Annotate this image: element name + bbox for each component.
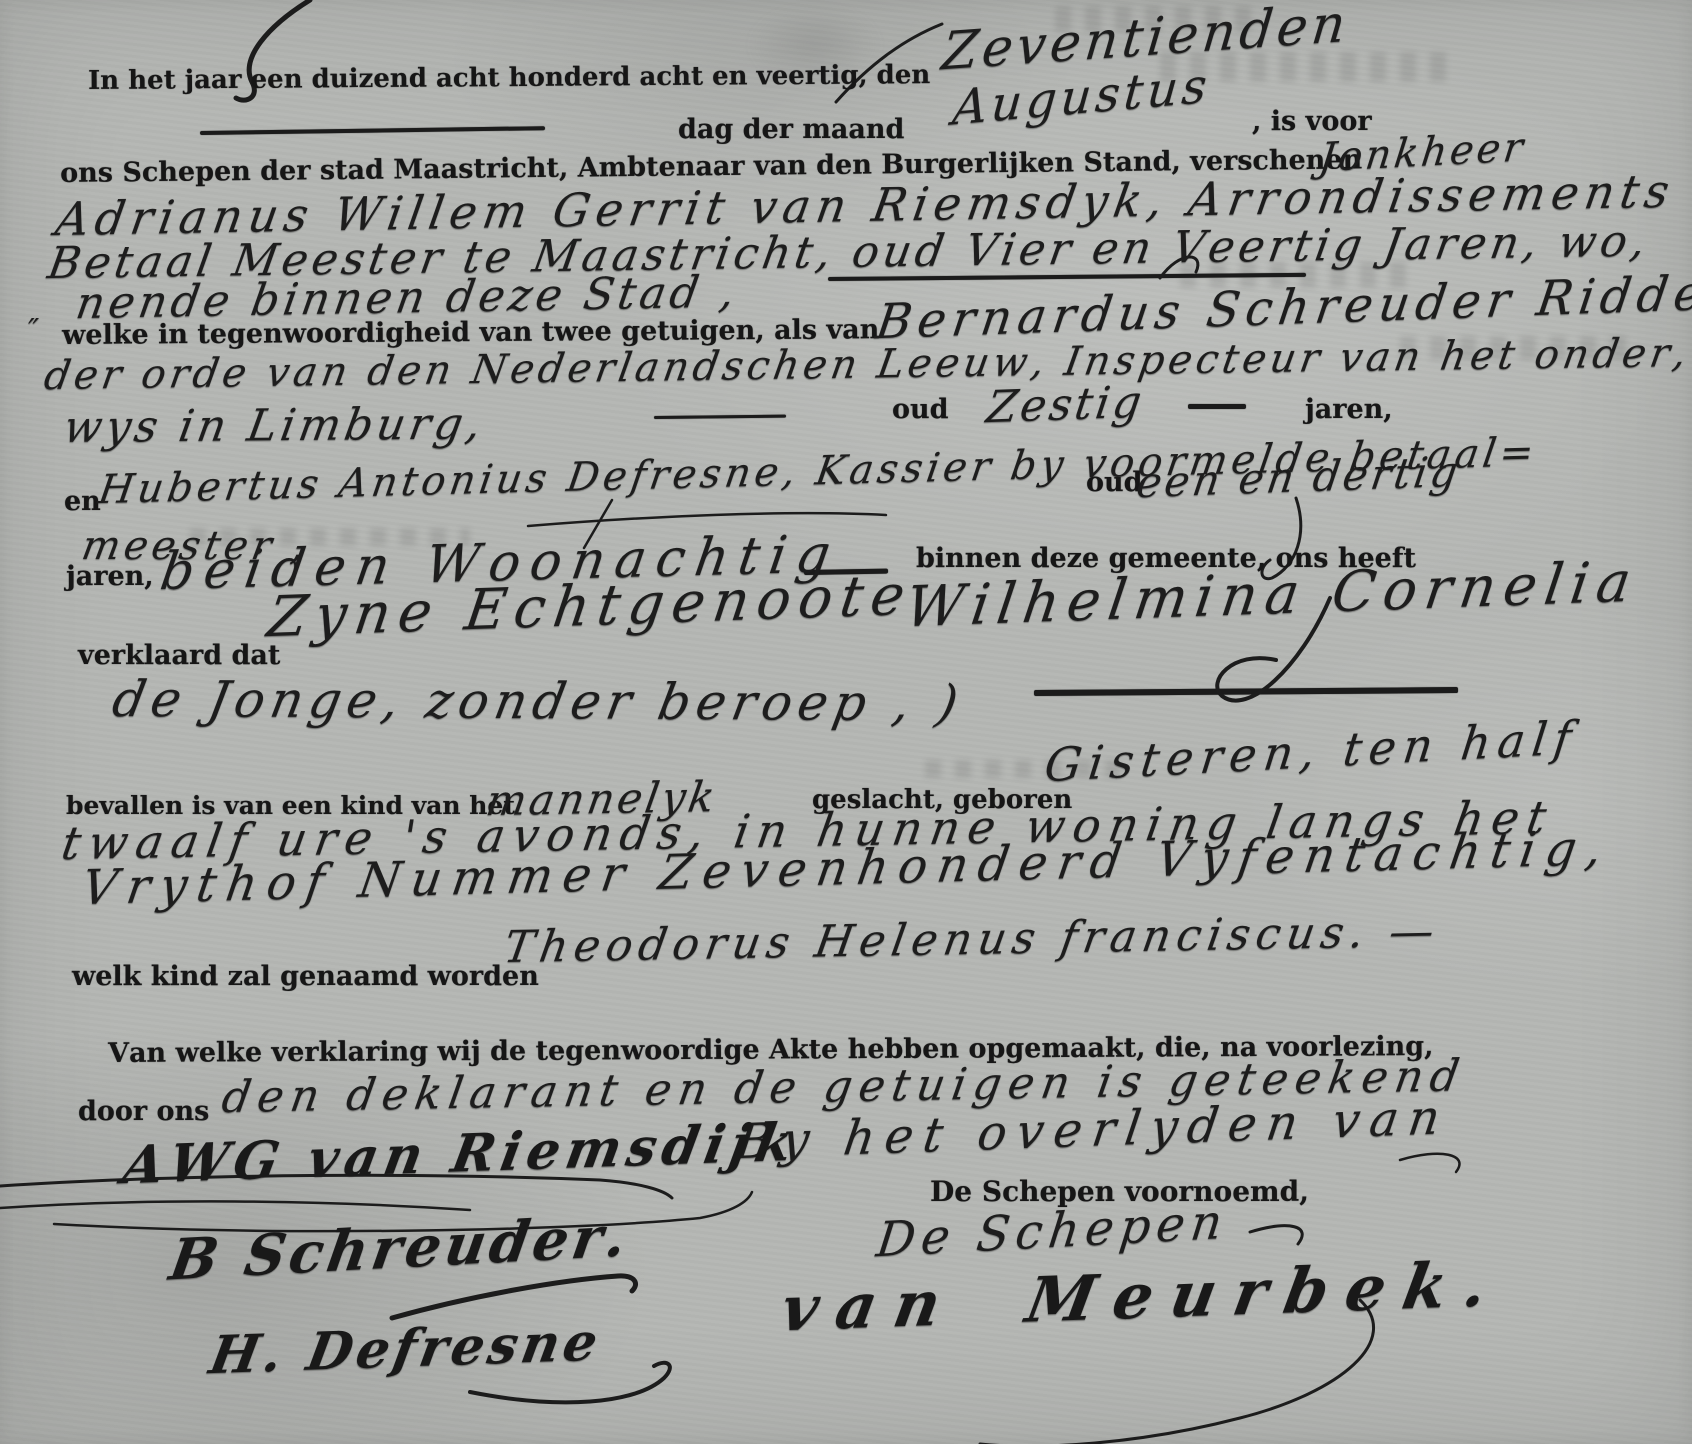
schepen-hw-tail	[1250, 1226, 1302, 1244]
hw-birth-when: Gisteren, ten half	[1042, 714, 1581, 788]
printed-is-voor: , is voor	[1252, 108, 1372, 135]
printed-door-ons: door ons	[78, 1098, 209, 1125]
blank-rule-mother	[1034, 687, 1458, 696]
printed-childname-label: welk kind zal genaamd worden	[72, 963, 539, 990]
hw-witness1-age: Zestig	[984, 381, 1147, 431]
hw-declarant-residence: nende binnen deze Stad ,	[73, 270, 742, 326]
printed-verklaard: verklaard dat	[78, 642, 280, 669]
signature-flourish-2	[0, 1201, 470, 1210]
signature-witness2: H. Defresne	[206, 1316, 606, 1382]
hw-caret-mark: ″	[28, 316, 39, 346]
dash-age-sixty	[1188, 404, 1246, 409]
margin-note-tail	[1400, 1154, 1459, 1172]
hw-mother-name2: de Jonge, zonder beroep , )	[109, 674, 968, 728]
blank-rule-day	[200, 126, 545, 135]
hw-child-name: Theodorus Helenus franciscus. —	[501, 910, 1443, 970]
hw-schepen: De Schepen	[874, 1198, 1231, 1265]
signature-declarant: AWG van Riemsdijk	[119, 1116, 802, 1192]
printed-year-line: In het jaar een duizend acht honderd ach…	[88, 62, 930, 94]
printed-month-label: dag der maand	[678, 116, 904, 143]
printed-oud-1: oud	[892, 396, 949, 423]
printed-jaren-1: jaren,	[1305, 396, 1393, 423]
blank-rule-limburg	[654, 415, 786, 419]
birth-record-scan: In het jaar een duizend acht honderd ach…	[0, 0, 1692, 1444]
hw-witness2-age: een en dertig	[1134, 451, 1463, 505]
signature-witness1: B Schreuder.	[166, 1208, 634, 1289]
hw-witness1-role2: wys in Limburg,	[61, 402, 489, 450]
